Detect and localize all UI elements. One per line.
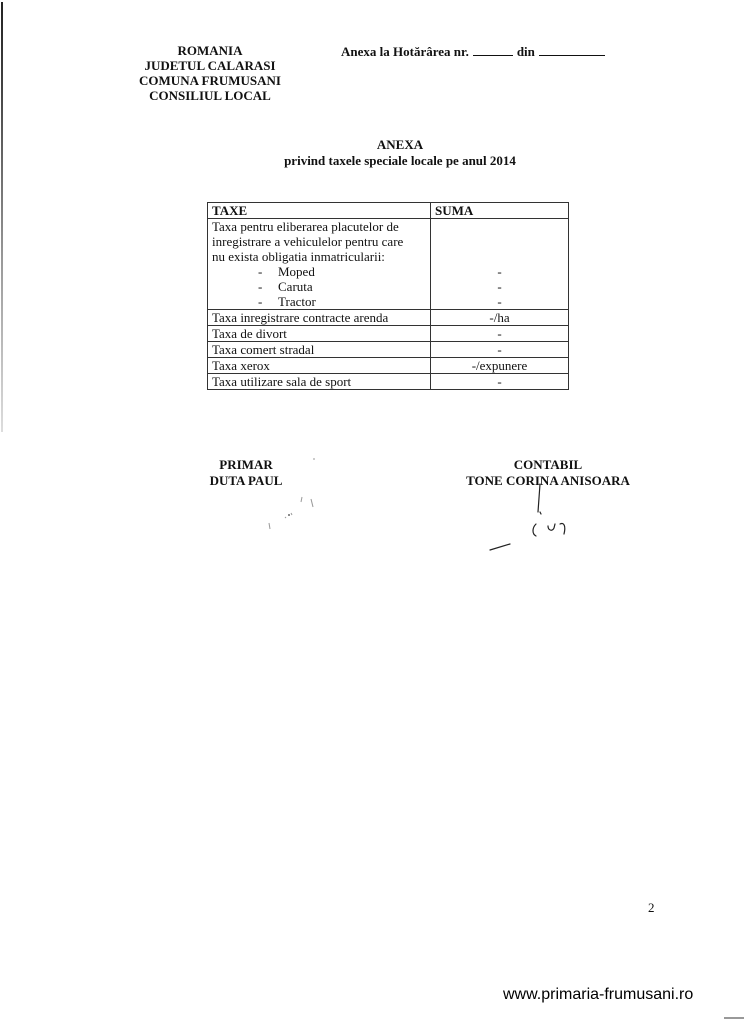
decision-number-blank — [473, 44, 513, 56]
title-subtitle: privind taxele speciale locale pe anul 2… — [200, 153, 600, 169]
sum-cell: - - - — [431, 219, 569, 310]
table-row: Taxa comert stradal - — [208, 342, 569, 358]
institution-line: COMUNA FRUMUSANI — [125, 73, 295, 88]
institution-line: ROMANIA — [125, 43, 295, 58]
annex-reference: Anexa la Hotărârea nr.din — [341, 44, 605, 60]
tax-cell: Taxa pentru eliberarea placutelor de inr… — [208, 219, 431, 310]
sum-cell: - — [431, 342, 569, 358]
faint-signature-marks — [255, 455, 335, 565]
sum-cell: - — [431, 326, 569, 342]
bullet: - — [258, 294, 278, 309]
institution-line: CONSILIUL LOCAL — [125, 88, 295, 103]
sub-item-sum: - — [435, 279, 564, 294]
institution-line: JUDETUL CALARASI — [125, 58, 295, 73]
handwritten-signature — [480, 478, 590, 558]
table-row: Taxa de divort - — [208, 326, 569, 342]
table-row: Taxa xerox -/expunere — [208, 358, 569, 374]
annex-ref-prefix: Anexa la Hotărârea nr. — [341, 44, 469, 59]
sub-item-sum: - — [435, 264, 564, 279]
signature-role: CONTABIL — [458, 457, 638, 473]
column-header-suma: SUMA — [431, 203, 569, 219]
tax-table: TAXE SUMA Taxa pentru eliberarea placute… — [207, 202, 569, 390]
tax-cell: Taxa utilizare sala de sport — [208, 374, 431, 390]
scan-corner-mark — [724, 1017, 744, 1019]
description-line: Taxa pentru eliberarea placutelor de — [212, 219, 426, 234]
table-row: Taxa utilizare sala de sport - — [208, 374, 569, 390]
column-header-taxe: TAXE — [208, 203, 431, 219]
table-row: Taxa inregistrare contracte arenda -/ha — [208, 310, 569, 326]
institution-header: ROMANIA JUDETUL CALARASI COMUNA FRUMUSAN… — [125, 43, 295, 103]
bullet: - — [258, 264, 278, 279]
sub-item-label: Moped — [278, 264, 315, 279]
tax-cell: Taxa xerox — [208, 358, 431, 374]
decision-date-blank — [539, 44, 605, 56]
description-line: inregistrare a vehiculelor pentru care — [212, 234, 426, 249]
sum-cell: -/ha — [431, 310, 569, 326]
bullet: - — [258, 279, 278, 294]
annex-ref-middle: din — [517, 44, 535, 59]
sub-item: -Tractor — [212, 294, 426, 309]
sub-item: -Caruta — [212, 279, 426, 294]
page-number: 2 — [648, 900, 655, 916]
scan-edge-line — [1, 2, 3, 432]
sum-cell: - — [431, 374, 569, 390]
sub-item-sum: - — [435, 294, 564, 309]
table-row: Taxa pentru eliberarea placutelor de inr… — [208, 219, 569, 310]
website-url: www.primaria-frumusani.ro — [503, 986, 693, 1004]
document-title: ANEXA privind taxele speciale locale pe … — [200, 137, 600, 169]
sum-cell: -/expunere — [431, 358, 569, 374]
table-header-row: TAXE SUMA — [208, 203, 569, 219]
title-main: ANEXA — [200, 137, 600, 153]
sub-item-label: Tractor — [278, 294, 316, 309]
sub-item: -Moped — [212, 264, 426, 279]
description-line: nu exista obligatia inmatricularii: — [212, 249, 426, 264]
tax-cell: Taxa inregistrare contracte arenda — [208, 310, 431, 326]
tax-cell: Taxa de divort — [208, 326, 431, 342]
sub-item-label: Caruta — [278, 279, 313, 294]
tax-cell: Taxa comert stradal — [208, 342, 431, 358]
